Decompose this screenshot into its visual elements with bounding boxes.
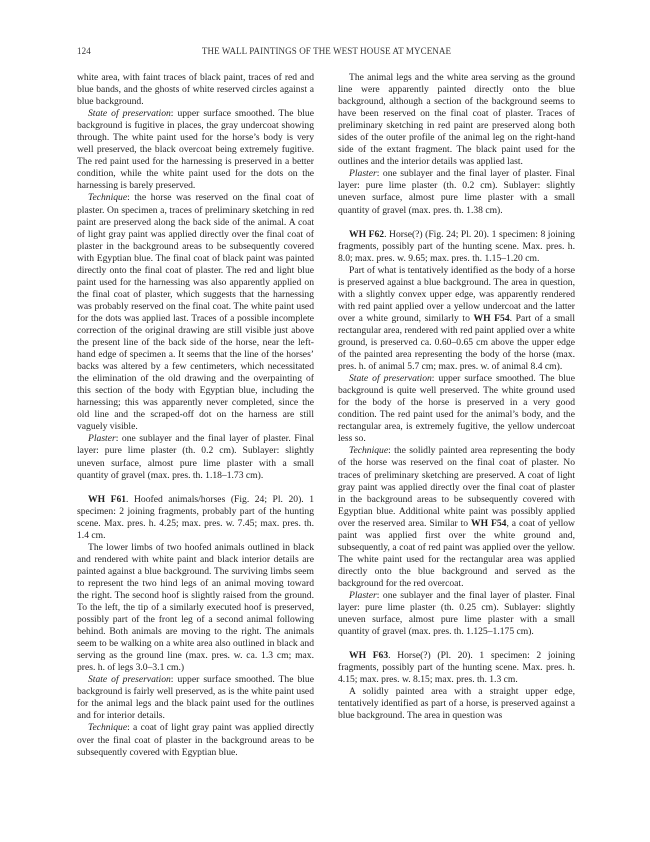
left-column: white area, with faint traces of black p… bbox=[77, 72, 314, 759]
paragraph-technique: Technique: a coat of light gray paint wa… bbox=[77, 722, 314, 758]
cross-reference: WH F54 bbox=[473, 313, 509, 324]
paragraph-plaster: Plaster: one sublayer and the final laye… bbox=[77, 433, 314, 481]
cross-reference: WH F54 bbox=[471, 518, 506, 529]
paragraph-description: The lower limbs of two hoofed animals ou… bbox=[77, 542, 314, 675]
section-label: Plaster bbox=[349, 590, 377, 601]
section-label: Plaster bbox=[88, 433, 116, 444]
catalog-entry-wh-f62: WH F62. Horse(?) (Fig. 24; Pl. 20). 1 sp… bbox=[338, 229, 575, 265]
paragraph: The animal legs and the white area servi… bbox=[338, 72, 575, 168]
section-label: Technique bbox=[349, 445, 388, 456]
paragraph-plaster: Plaster: one sublayer and the final laye… bbox=[338, 168, 575, 216]
section-label: State of preservation bbox=[349, 373, 432, 384]
section-label: State of preservation bbox=[88, 674, 171, 685]
paragraph-technique: Technique: the horse was reserved on the… bbox=[77, 192, 314, 433]
catalog-id: WH F63 bbox=[349, 650, 388, 661]
section-label: Plaster bbox=[349, 168, 377, 179]
paragraph-state-of-preservation: State of preservation: upper surface smo… bbox=[338, 373, 575, 445]
paragraph-state-of-preservation: State of preservation: upper surface smo… bbox=[77, 674, 314, 722]
catalog-id: WH F62 bbox=[349, 229, 384, 240]
paragraph-description: Part of what is tentatively identified a… bbox=[338, 265, 575, 373]
paragraph-plaster: Plaster: one sublayer and the final laye… bbox=[338, 590, 575, 638]
section-label: State of preservation bbox=[88, 108, 171, 119]
paragraph-technique: Technique: the solidly painted area repr… bbox=[338, 445, 575, 590]
paragraph-description: A solidly painted area with a straight u… bbox=[338, 686, 575, 722]
section-label: Technique bbox=[88, 722, 127, 733]
section-label: Technique bbox=[88, 192, 127, 203]
right-column: The animal legs and the white area servi… bbox=[338, 72, 575, 722]
running-title: THE WALL PAINTINGS OF THE WEST HOUSE AT … bbox=[77, 46, 576, 56]
running-head: 124 THE WALL PAINTINGS OF THE WEST HOUSE… bbox=[77, 46, 576, 60]
catalog-entry-wh-f63: WH F63. Horse(?) (Pl. 20). 1 specimen: 2… bbox=[338, 650, 575, 686]
paragraph-state-of-preservation: State of preservation: upper surface smo… bbox=[77, 108, 314, 192]
catalog-id: WH F61 bbox=[88, 494, 126, 505]
paragraph: white area, with faint traces of black p… bbox=[77, 72, 314, 108]
catalog-entry-wh-f61: WH F61. Hoofed animals/horses (Fig. 24; … bbox=[77, 494, 314, 542]
